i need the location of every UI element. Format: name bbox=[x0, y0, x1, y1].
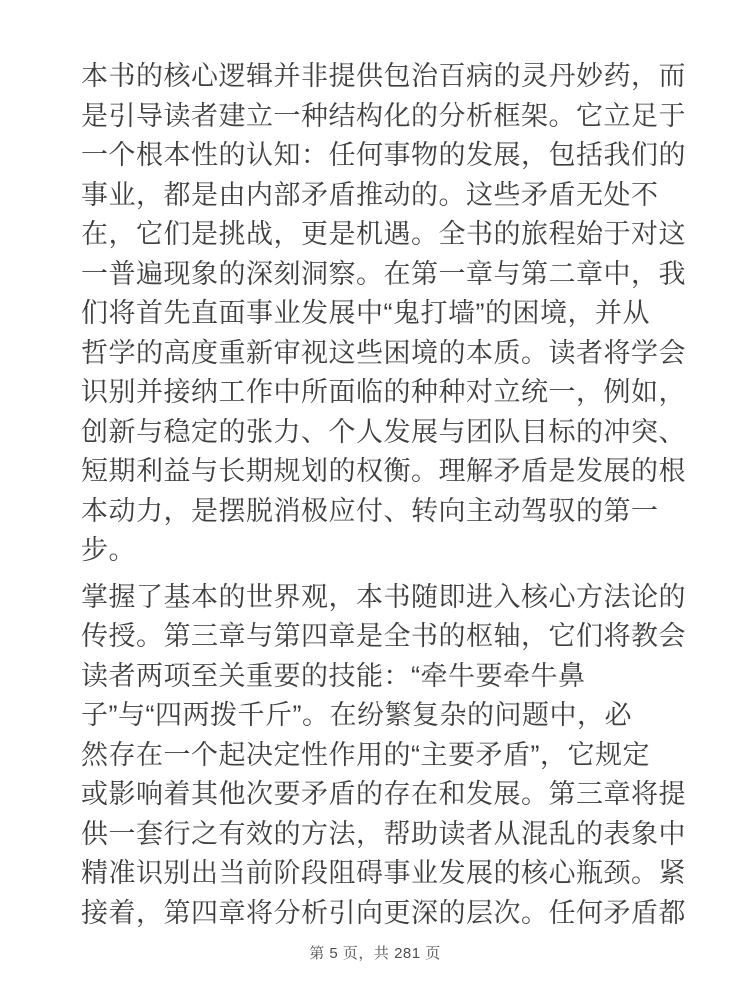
page-footer: 第 5 页，共 281 页 bbox=[0, 944, 750, 964]
text-line: 或影响着其他次要矛盾的存在和发展。第三章将提 bbox=[81, 779, 686, 809]
text-line: 哲学的高度重新审视这些困境的本质。读者将学会 bbox=[81, 338, 686, 368]
text-line: 然存在一个起决定性作用的“主要矛盾”，它规定 bbox=[81, 740, 650, 770]
paragraph-1: 本书的核心逻辑并非提供包治百病的灵丹妙药，而 是引导读者建立一种结构化的分析框架… bbox=[81, 57, 673, 571]
text-line: 一普遍现象的深刻洞察。在第一章与第二章中，我 bbox=[81, 259, 686, 289]
text-line: 子”与“四两拨千斤”。在纷繁复杂的问题中，必 bbox=[81, 700, 632, 730]
text-line: 步。 bbox=[81, 535, 136, 565]
text-line: 事业，都是由内部矛盾推动的。这些矛盾无处不 bbox=[81, 180, 659, 210]
page-body-text: 本书的核心逻辑并非提供包治百病的灵丹妙药，而 是引导读者建立一种结构化的分析框架… bbox=[81, 57, 673, 933]
text-line: 本动力，是摆脱消极应付、转向主动驾驭的第一 bbox=[81, 496, 659, 526]
page-number-indicator: 第 5 页，共 281 页 bbox=[309, 945, 441, 962]
text-line: 读者两项至关重要的技能：“牵牛要牵牛鼻 bbox=[81, 661, 586, 691]
text-line: 短期利益与长期规划的权衡。理解矛盾是发展的根 bbox=[81, 456, 686, 486]
text-line: 识别并接纳工作中所面临的种种对立统一，例如， bbox=[81, 377, 686, 407]
text-line: 们将首先直面事业发展中“鬼打墙”的困境，并从 bbox=[81, 298, 650, 328]
text-line: 掌握了基本的世界观，本书随即进入核心方法论的 bbox=[81, 582, 686, 612]
text-line: 传授。第三章与第四章是全书的枢轴，它们将教会 bbox=[81, 621, 686, 651]
text-line: 一个根本性的认知：任何事物的发展，包括我们的 bbox=[81, 140, 686, 170]
paragraph-2: 掌握了基本的世界观，本书随即进入核心方法论的 传授。第三章与第四章是全书的枢轴，… bbox=[81, 578, 673, 934]
text-line: 是引导读者建立一种结构化的分析框架。它立足于 bbox=[81, 101, 686, 131]
text-line: 本书的核心逻辑并非提供包治百病的灵丹妙药，而 bbox=[81, 61, 686, 91]
text-line: 在，它们是挑战，更是机遇。全书的旅程始于对这 bbox=[81, 219, 686, 249]
document-page: 本书的核心逻辑并非提供包治百病的灵丹妙药，而 是引导读者建立一种结构化的分析框架… bbox=[0, 0, 750, 1000]
text-line: 供一套行之有效的方法，帮助读者从混乱的表象中 bbox=[81, 819, 686, 849]
text-line: 接着，第四章将分析引向更深的层次。任何矛盾都 bbox=[81, 898, 686, 928]
text-line: 创新与稳定的张力、个人发展与团队目标的冲突、 bbox=[81, 417, 686, 447]
text-line: 精准识别出当前阶段阻碍事业发展的核心瓶颈。紧 bbox=[81, 858, 686, 888]
